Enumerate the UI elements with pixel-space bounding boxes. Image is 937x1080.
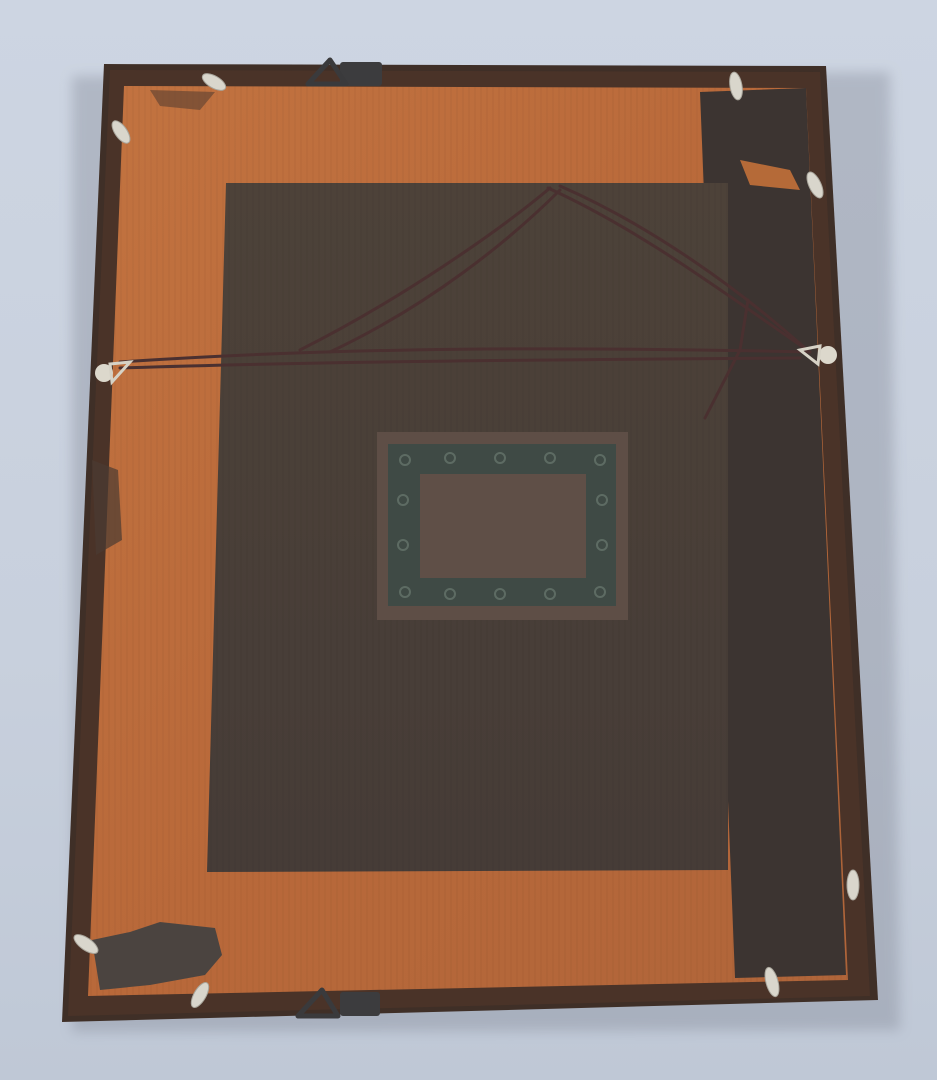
wood-patch-left bbox=[92, 460, 122, 555]
triangle-hanger-top bbox=[308, 60, 382, 86]
frame-photo bbox=[0, 0, 937, 1080]
turn-clip bbox=[847, 870, 859, 900]
label-center bbox=[420, 474, 586, 578]
photo-scene bbox=[0, 0, 937, 1080]
